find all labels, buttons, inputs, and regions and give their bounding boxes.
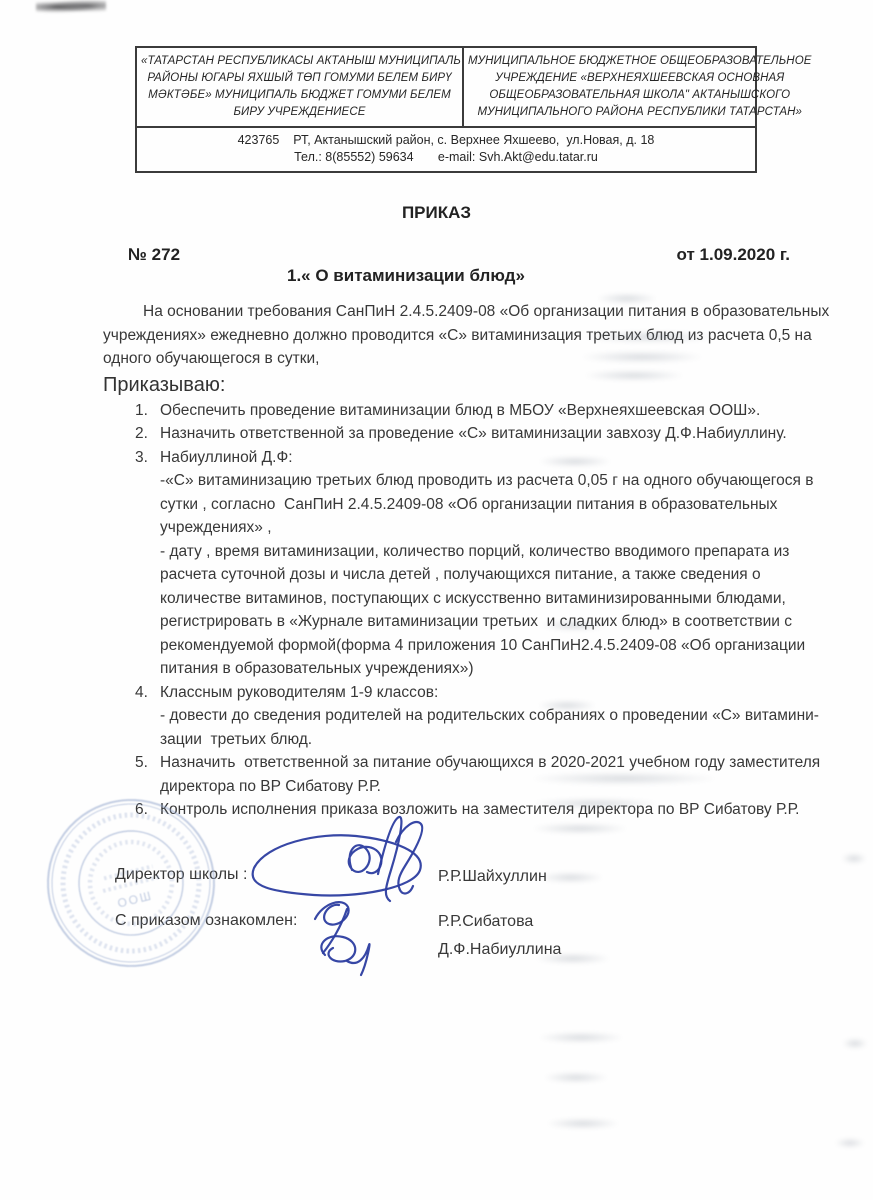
bleed-through-artifact: [540, 1032, 622, 1043]
bleed-through-artifact: [543, 620, 605, 631]
bleed-through-artifact: [534, 798, 656, 809]
text-line: - дату , время витаминизации, количество…: [160, 540, 833, 564]
bleed-through-artifact: [843, 1038, 867, 1049]
bleed-through-artifact: [842, 853, 866, 864]
stamp-center-text: ООШ: [116, 888, 154, 910]
bleed-through-artifact: [545, 1072, 607, 1083]
bleed-through-artifact: [540, 872, 602, 883]
order-item-5: 5.Назначить ответственной за питание обу…: [103, 751, 833, 798]
text-line: Обеспечить проведение витаминизации блюд…: [160, 399, 833, 423]
bleed-through-artifact: [836, 1138, 864, 1148]
letterhead-columns: «ТАТАРСТАН РЕСПУБЛИКАСЫ АКТАНЫШ МУНИЦИПА…: [137, 48, 755, 126]
text-line: Назначить ответственной за питание обуча…: [160, 751, 833, 775]
order-item-number: 2.: [135, 422, 160, 446]
bleed-through-artifact: [598, 293, 656, 304]
order-item-text: Набиуллиной Д.Ф:-«С» витаминизацию треть…: [160, 446, 833, 681]
text-line: количестве витаминов, поступающих с иску…: [160, 587, 833, 611]
text-line: Назначить ответственной за проведение «С…: [160, 422, 833, 446]
bleed-through-artifact: [534, 823, 626, 834]
text-line: МУНИЦИПАЛЬНОЕ БЮДЖЕТНОЕ ОБЩЕОБРАЗОВАТЕЛЬ…: [468, 53, 812, 70]
order-item-number: 4.: [135, 681, 160, 752]
bleed-through-artifact: [583, 351, 701, 363]
text-line: учреждениях» ,: [160, 516, 833, 540]
text-line: - довести до сведения родителей на родит…: [160, 704, 833, 728]
text-line: питания в образовательных учреждениях»): [160, 657, 833, 681]
scan-smudge-artifact: [36, 0, 106, 14]
text-line: На основании требования СанПиН 2.4.5.240…: [103, 300, 833, 324]
letterhead-box: «ТАТАРСТАН РЕСПУБЛИКАСЫ АКТАНЫШ МУНИЦИПА…: [135, 46, 757, 173]
address-line: 423765 РТ, Актанышский район, с. Верхнее…: [137, 132, 755, 149]
text-line: директора по ВР Сибатову Р.Р.: [160, 775, 833, 799]
contact-line: Тел.: 8(85552) 59634 e-mail: Svh.Akt@edu…: [137, 149, 755, 166]
bleed-through-artifact: [539, 700, 595, 711]
text-line: сутки , согласно СанПиН 2.4.5.2409-08 «О…: [160, 493, 833, 517]
order-item-3: 3.Набиуллиной Д.Ф:-«С» витаминизацию тре…: [103, 446, 833, 681]
bleed-through-artifact: [534, 772, 714, 785]
acknowledged-signature-ink: [303, 893, 403, 983]
letterhead-address: 423765 РТ, Актанышский район, с. Верхнее…: [137, 126, 755, 171]
text-line: рекомендуемой формой(форма 4 приложения …: [160, 634, 833, 658]
text-line: -«С» витаминизацию третьих блюд проводит…: [160, 469, 833, 493]
text-line: РАЙОНЫ ЮГАРЫ ЯХШЫЙ ТӨП ГОМУМИ БЕЛЕМ БИРҮ: [141, 70, 458, 87]
order-date: от 1.09.2020 г.: [677, 245, 790, 265]
text-line: расчета суточной дозы и числа детей , по…: [160, 563, 833, 587]
text-line: «ТАТАРСТАН РЕСПУБЛИКАСЫ АКТАНЫШ МУНИЦИПА…: [141, 53, 458, 70]
text-line: зации третьих блюд.: [160, 728, 833, 752]
scanned-order-document: «ТАТАРСТАН РЕСПУБЛИКАСЫ АКТАНЫШ МУНИЦИПА…: [0, 0, 873, 1200]
text-line: ОБЩЕОБРАЗОВАТЕЛЬНАЯ ШКОЛА" АКТАНЫШСКОГО: [468, 87, 812, 104]
order-item-6: 6.Контроль исполнения приказа возложить …: [103, 798, 833, 822]
order-item-text: Обеспечить проведение витаминизации блюд…: [160, 399, 833, 423]
order-items-list: 1.Обеспечить проведение витаминизации бл…: [103, 399, 833, 822]
order-subject: 1.« О витаминизации блюд»: [287, 266, 873, 286]
document-title: ПРИКАЗ: [0, 203, 873, 223]
bleed-through-artifact: [537, 953, 609, 964]
text-line: МӘКТӘБЕ» МУНИЦИПАЛЬ БЮДЖЕТ ГОМУМИ БЕЛЕМ: [141, 87, 458, 104]
bleed-through-artifact: [586, 370, 682, 381]
order-item-number: 1.: [135, 399, 160, 423]
order-item-2: 2.Назначить ответственной за проведение …: [103, 422, 833, 446]
acknowledged-name-1: Р.Р.Сибатова: [438, 913, 533, 931]
text-line: Набиуллиной Д.Ф:: [160, 446, 833, 470]
text-line: одного обучающегося в сутки,: [103, 347, 833, 371]
text-line: БИРУ УЧРЕЖДЕНИЕСЕ: [141, 104, 458, 121]
order-item-number: 3.: [135, 446, 160, 681]
bleed-through-artifact: [548, 1118, 618, 1129]
preamble-paragraph: На основании требования СанПиН 2.4.5.240…: [103, 300, 833, 371]
document-body: На основании требования СанПиН 2.4.5.240…: [103, 300, 833, 822]
order-item-text: Назначить ответственной за проведение «С…: [160, 422, 833, 446]
order-item-text: Назначить ответственной за питание обуча…: [160, 751, 833, 798]
text-line: УЧРЕЖДЕНИЕ «ВЕРХНЕЯХШЕЕВСКАЯ ОСНОВНАЯ: [468, 70, 812, 87]
text-line: Классным руководителям 1-9 классов:: [160, 681, 833, 705]
order-item-text: Классным руководителям 1-9 классов:- дов…: [160, 681, 833, 752]
text-line: регистрировать в «Журнале витаминизации …: [160, 610, 833, 634]
order-item-1: 1.Обеспечить проведение витаминизации бл…: [103, 399, 833, 423]
letterhead-russian-name: МУНИЦИПАЛЬНОЕ БЮДЖЕТНОЕ ОБЩЕОБРАЗОВАТЕЛЬ…: [464, 48, 816, 126]
letterhead-tatar-name: «ТАТАРСТАН РЕСПУБЛИКАСЫ АКТАНЫШ МУНИЦИПА…: [137, 48, 464, 126]
number-date-row: № 272 от 1.09.2020 г.: [128, 245, 790, 265]
bleed-through-artifact: [540, 456, 610, 467]
order-item-4: 4.Классным руководителям 1-9 классов:- д…: [103, 681, 833, 752]
resolution-word: Приказываю:: [103, 371, 833, 399]
bleed-through-artifact: [586, 331, 714, 343]
order-number: № 272: [128, 245, 180, 265]
text-line: учреждениях» ежедневно должно проводится…: [103, 324, 833, 348]
text-line: МУНИЦИПАЛЬНОГО РАЙОНА РЕСПУБЛИКИ ТАТАРСТ…: [468, 104, 812, 121]
director-name: Р.Р.Шайхуллин: [438, 868, 547, 886]
